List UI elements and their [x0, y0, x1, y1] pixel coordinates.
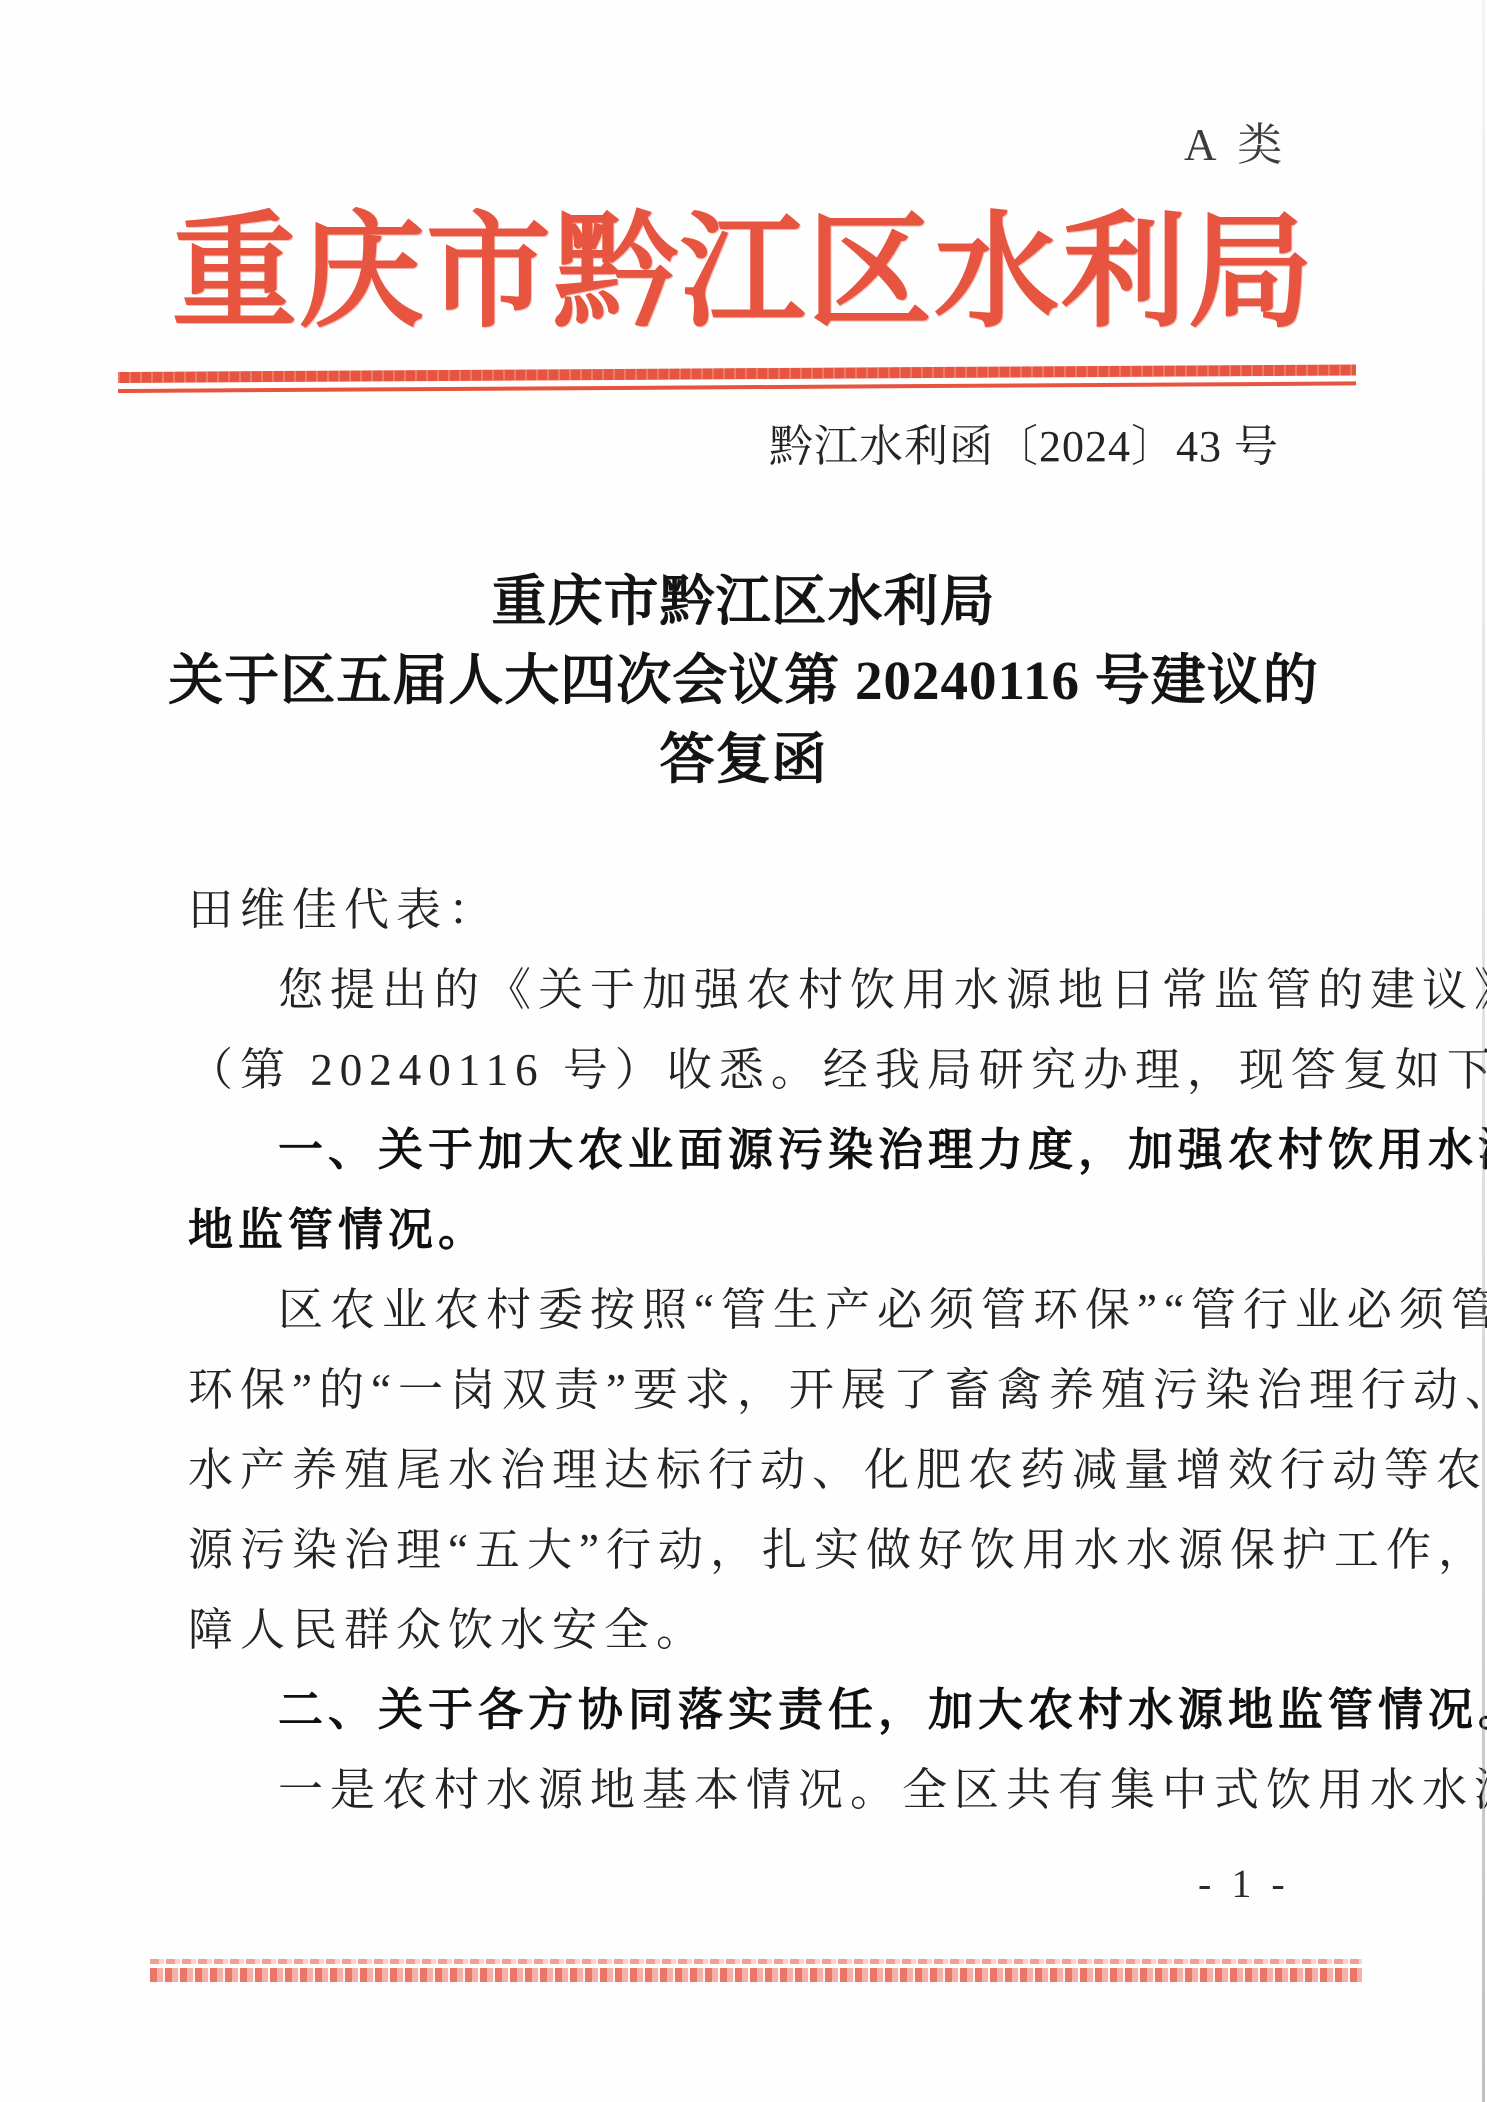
letterhead-rule	[118, 364, 1356, 393]
footer-scan-band-stripe-thin	[150, 1959, 1362, 1964]
body-line: 一、关于加大农业面源污染治理力度，加强农村饮用水源	[188, 1110, 1348, 1190]
letterhead-agency-name: 重庆市黔江区水利局	[0, 196, 1487, 352]
body-line: 您提出的《关于加强农村饮用水源地日常监管的建议》	[188, 950, 1348, 1030]
body-line: 一是农村水源地基本情况。全区共有集中式饮用水水源地	[188, 1750, 1348, 1830]
body-line: 田维佳代表：	[188, 870, 1348, 950]
document-page: A 类 重庆市黔江区水利局 黔江水利函〔2024〕43 号 重庆市黔江区水利局 …	[0, 0, 1487, 2102]
document-title: 重庆市黔江区水利局 关于区五届人大四次会议第 20240116 号建议的 答复函	[0, 562, 1487, 799]
document-title-line-2: 关于区五届人大四次会议第 20240116 号建议的	[0, 641, 1487, 720]
body-text: 田维佳代表：您提出的《关于加强农村饮用水源地日常监管的建议》（第 2024011…	[188, 870, 1348, 1830]
footer-scan-band	[150, 1959, 1362, 1982]
footer-scan-band-stripe-thick	[150, 1968, 1362, 1982]
classification-label: A 类	[1184, 108, 1288, 173]
body-line: 源污染治理“五大”行动，扎实做好饮用水水源保护工作，保	[188, 1510, 1348, 1590]
body-line: 二、关于各方协同落实责任，加大农村水源地监管情况。	[188, 1670, 1348, 1750]
document-reference-number: 黔江水利函〔2024〕43 号	[769, 410, 1279, 474]
body-line: （第 20240116 号）收悉。经我局研究办理，现答复如下：	[188, 1030, 1348, 1110]
letterhead-rule-thin	[118, 381, 1356, 393]
body-line: 水产养殖尾水治理达标行动、化肥农药减量增效行动等农业面	[188, 1430, 1348, 1510]
body-line: 区农业农村委按照“管生产必须管环保”“管行业必须管	[188, 1270, 1348, 1350]
body-line: 环保”的“一岗双责”要求，开展了畜禽养殖污染治理行动、	[188, 1350, 1348, 1430]
body-line: 障人民群众饮水安全。	[188, 1590, 1348, 1670]
letterhead-rule-thick	[118, 364, 1356, 383]
document-title-line-3: 答复函	[0, 720, 1487, 799]
page-number: - 1 -	[1198, 1860, 1290, 1907]
body-line: 地监管情况。	[188, 1190, 1348, 1270]
document-title-line-1: 重庆市黔江区水利局	[0, 562, 1487, 641]
scan-edge-artifact	[1482, 0, 1485, 2102]
